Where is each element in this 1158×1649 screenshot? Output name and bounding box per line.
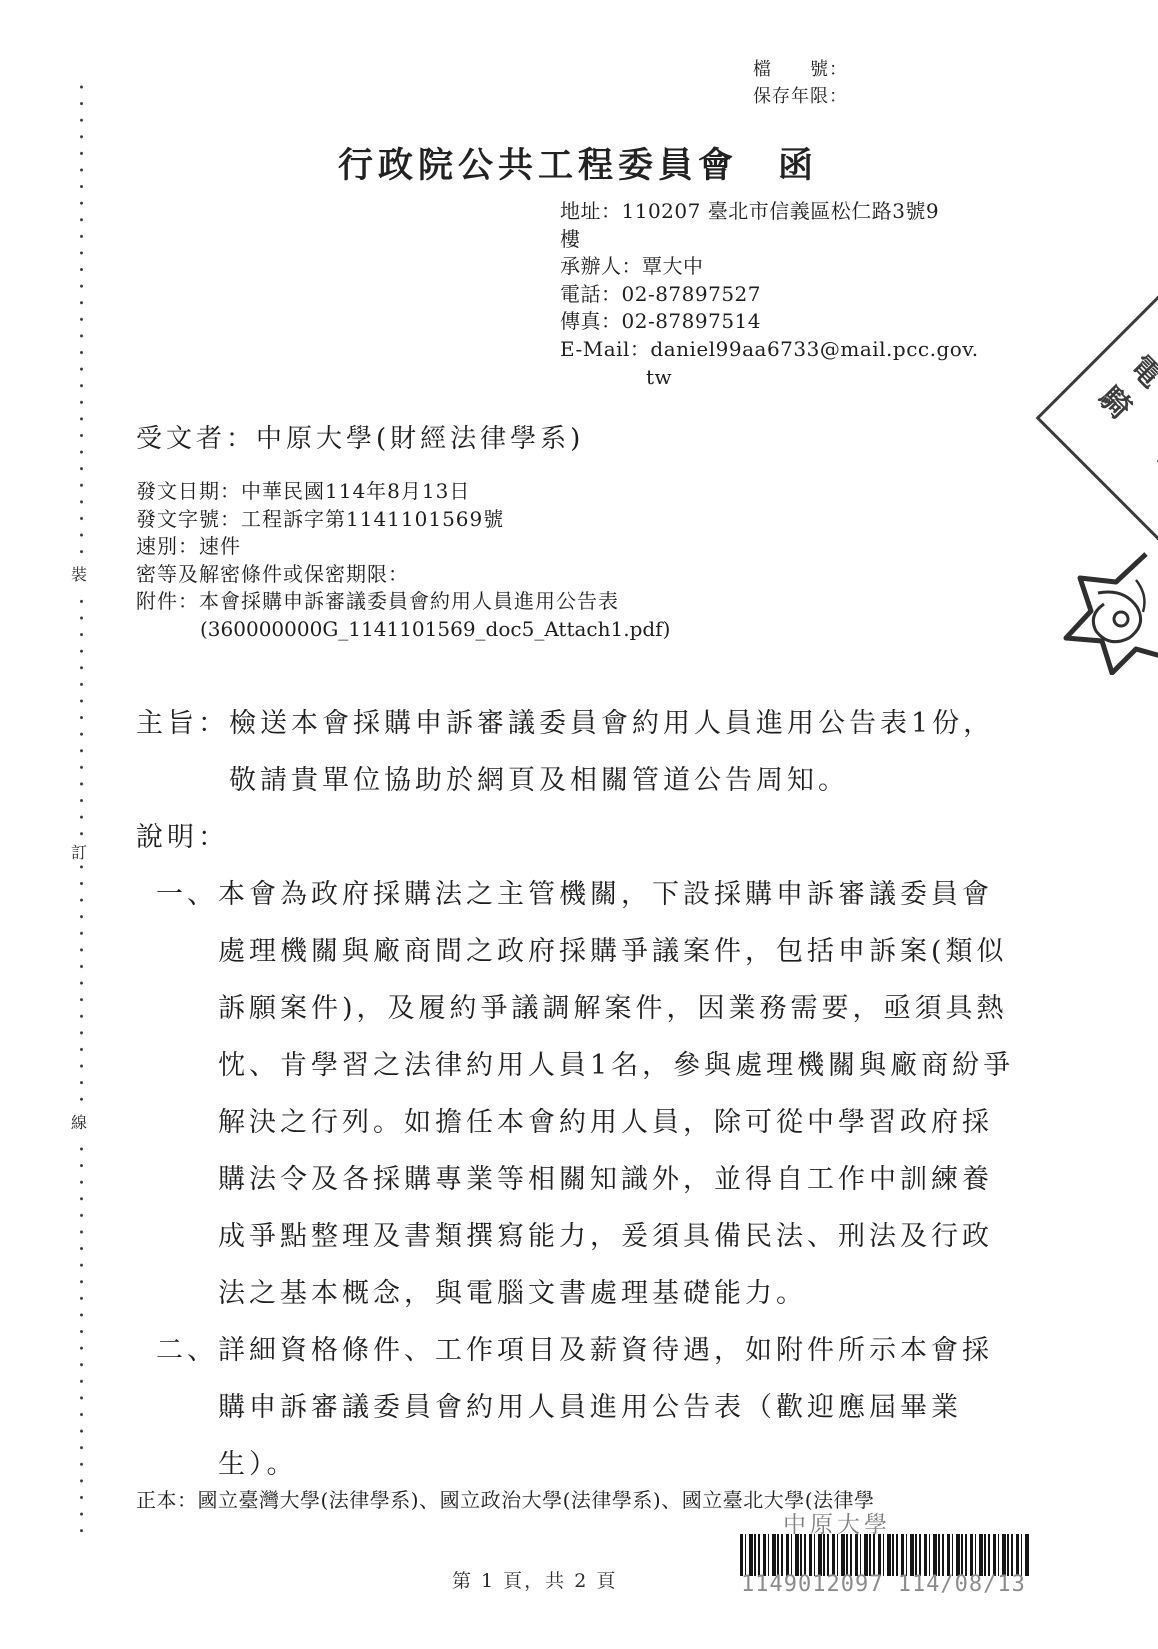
sender-address-line1: 地址：110207 臺北市信義區松仁路3號9: [560, 198, 979, 226]
sender-address-line2: 樓: [560, 226, 979, 254]
description-label: 說明：: [136, 809, 1014, 866]
meta-speed-class: 速別：速件: [136, 533, 670, 561]
sender-contact-block: 地址：110207 臺北市信義區松仁路3號9 樓 承辦人：覃大中 電話：02-8…: [560, 198, 979, 391]
archive-retention-label: 保存年限：: [753, 83, 848, 110]
flower-doodle-mark: [1028, 550, 1158, 675]
description-item2-line2: 購申訴審議委員會約用人員進用公告表（歡迎應屆畢業: [136, 1379, 1014, 1436]
meta-security-class: 密等及解密條件或保密期限：: [136, 561, 670, 589]
copy-to-line: 正本：國立臺灣大學(法律學系)、國立政治大學(法律學系)、國立臺北大學(法律學: [136, 1484, 875, 1513]
recipient-line: 受文者：中原大學(財經法律學系): [136, 418, 584, 455]
description-item1-line1: 一、本會為政府採購法之主管機關，下設採購申訴審議委員會: [136, 866, 1014, 923]
meta-issue-date: 發文日期：中華民國114年8月13日: [136, 478, 670, 506]
page-number: 第 1 頁，共 2 頁: [452, 1566, 617, 1593]
binding-label-ding: 訂: [71, 838, 87, 865]
binding-label-zhuang: 裝: [71, 560, 87, 587]
description-item1-line8: 法之基本概念，與電腦文書處理基礎能力。: [136, 1265, 1014, 1322]
sender-phone: 電話：02-87897527: [560, 281, 979, 309]
item1-text-1: 本會為政府採購法之主管機關，下設採購申訴審議委員會: [218, 879, 993, 910]
subject-text-1: 檢送本會採購申訴審議委員會約用人員進用公告表1份，: [229, 708, 994, 739]
subject-line-1: 主旨：檢送本會採購申訴審議委員會約用人員進用公告表1份，: [136, 695, 1014, 752]
description-item1-line5: 解決之行列。如擔任本會約用人員，除可從中學習政府採: [136, 1094, 1014, 1151]
sender-email-line2: tw: [560, 364, 979, 392]
document-meta-block: 發文日期：中華民國114年8月13日 發文字號：工程訴字第1141101569號…: [136, 478, 670, 643]
meta-doc-number: 發文字號：工程訴字第1141101569號: [136, 506, 670, 534]
binding-dotted-line: [79, 84, 85, 1536]
meta-attachment-filename: (360000000G_1141101569_doc5_Attach1.pdf): [136, 616, 670, 644]
document-title: 行政院公共工程委員會 函: [338, 138, 818, 188]
binding-label-xian: 線: [71, 1108, 87, 1135]
registration-barcode: [740, 1534, 1030, 1576]
sender-fax: 傳真：02-87897514: [560, 308, 979, 336]
archive-fields: 檔 號： 保存年限：: [753, 56, 848, 110]
registration-number-and-date: 1149012097 114/08/13: [741, 1572, 1026, 1597]
description-item1-line6: 購法令及各採購專業等相關知識外，並得自工作中訓練養: [136, 1151, 1014, 1208]
seam-stamp: 電 文 騎 縫: [1036, 294, 1158, 543]
meta-attachment: 附件：本會採購申訴審議委員會約用人員進用公告表: [136, 588, 670, 616]
item2-number: 二、: [156, 1335, 218, 1366]
subject-line-2: 敬請貴單位協助於網頁及相關管道公告周知。: [136, 752, 1014, 809]
description-item1-line4: 忱、肯學習之法律約用人員1名，參與處理機關與廠商紛爭: [136, 1037, 1014, 1094]
sender-contact-person: 承辦人：覃大中: [560, 253, 979, 281]
item1-number: 一、: [156, 879, 218, 910]
item2-text-1: 詳細資格條件、工作項目及薪資待遇，如附件所示本會採: [218, 1335, 993, 1366]
sender-email-line1: E-Mail：daniel99aa6733@mail.pcc.gov.: [560, 336, 979, 364]
archive-file-no-label: 檔 號：: [753, 56, 848, 83]
subject-label: 主旨：: [136, 708, 229, 739]
scanned-official-letter: { "header": { "file_no_label": "檔 號：", "…: [0, 0, 1158, 1649]
letter-body: 主旨：檢送本會採購申訴審議委員會約用人員進用公告表1份， 敬請貴單位協助於網頁及…: [136, 695, 1014, 1493]
description-item1-line7: 成爭點整理及書類撰寫能力，爰須具備民法、刑法及行政: [136, 1208, 1014, 1265]
description-item1-line3: 訴願案件)，及履約爭議調解案件，因業務需要，亟須具熱: [136, 980, 1014, 1037]
description-item1-line2: 處理機關與廠商間之政府採購爭議案件，包括申訴案(類似: [136, 923, 1014, 980]
description-item2-line1: 二、詳細資格條件、工作項目及薪資待遇，如附件所示本會採: [136, 1322, 1014, 1379]
